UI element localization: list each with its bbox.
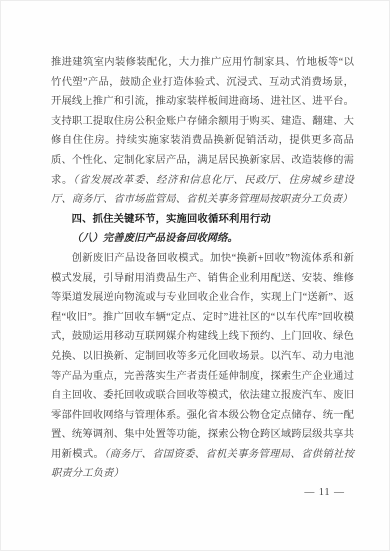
document-page: 推进建筑室内装修装配化，大力推广应用竹制家具、竹地板等“以竹代塑”产品，鼓励企业… [0,0,390,551]
paragraph-body-text: 创新废旧产品设备回收模式。加快“换新+回收”物流体系和新模式发展，引导耐用消费品… [51,253,354,460]
paragraph-continuation-attribution: （省发展改革委、经济和信息化厅、民政厅、住房城乡建设厅、商务厅、省市场监管局、省… [51,175,354,206]
section-heading: 四、抓住关键环节，实施回收循环利用行动 [51,210,354,230]
subsection-heading: （八）完善废旧产品设备回收网络。 [51,229,354,249]
page-number: — 11 — [304,486,345,500]
paragraph-body: 创新废旧产品设备回收模式。加快“换新+回收”物流体系和新模式发展，引导耐用消费品… [51,249,354,484]
document-content: 推进建筑室内装修装配化，大力推广应用竹制家具、竹地板等“以竹代塑”产品，鼓励企业… [51,53,354,484]
paragraph-continuation: 推进建筑室内装修装配化，大力推广应用竹制家具、竹地板等“以竹代塑”产品，鼓励企业… [51,53,354,210]
paragraph-continuation-text: 推进建筑室内装修装配化，大力推广应用竹制家具、竹地板等“以竹代塑”产品，鼓励企业… [51,57,354,186]
